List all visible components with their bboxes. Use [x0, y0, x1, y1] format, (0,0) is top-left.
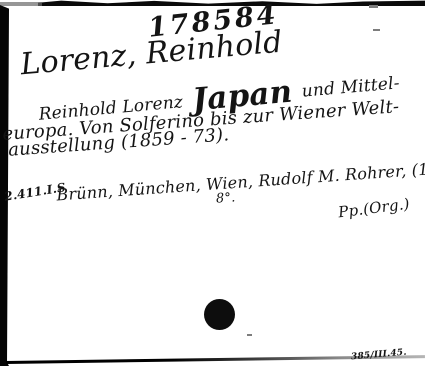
imprint-line: Brünn, München, Wien, Rudolf M. Rohrer, …: [56, 157, 425, 205]
scan-speck: [369, 5, 378, 8]
binding-note: Pp.(Org.): [337, 195, 410, 222]
catalog-card-scan: 178584 Lorenz, Reinhold Reinhold Lorenz …: [0, 0, 425, 390]
scan-edge-left: [0, 5, 9, 366]
scan-speck: [247, 334, 252, 336]
scan-speck: [373, 29, 380, 31]
accession-note: 385/III.45.: [351, 348, 407, 363]
scan-edge-top-left: [0, 2, 42, 6]
format-statement: 8°.: [216, 190, 237, 206]
punch-hole: [204, 299, 235, 330]
